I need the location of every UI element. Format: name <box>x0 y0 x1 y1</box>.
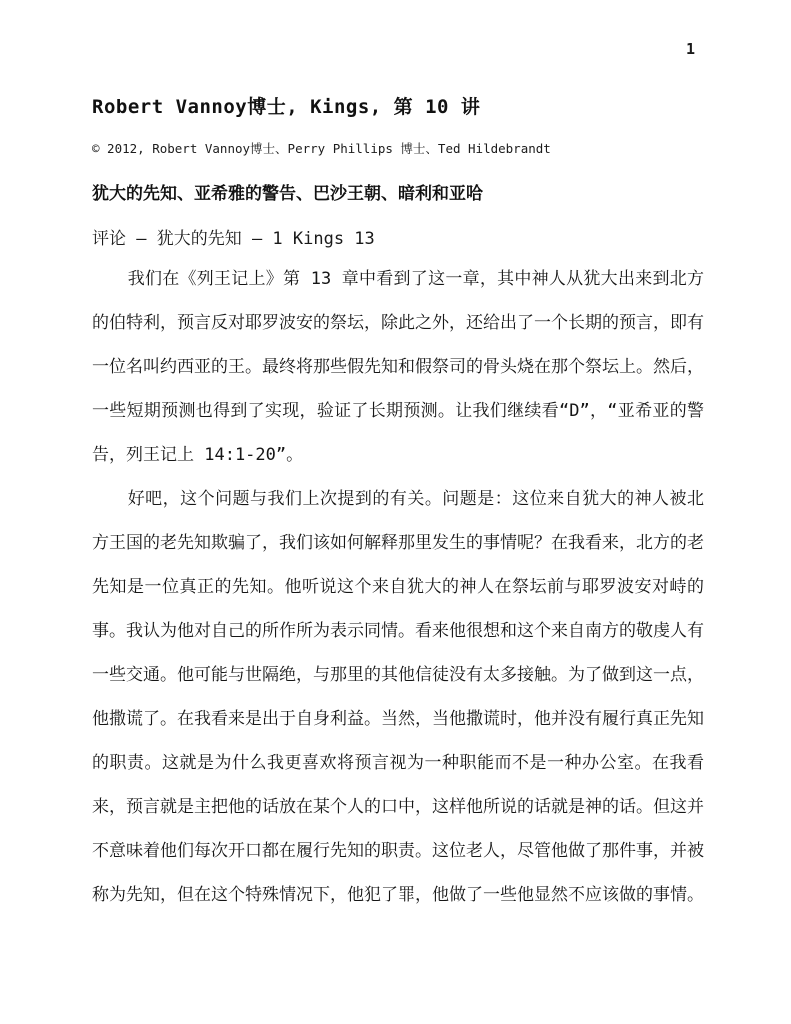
section-subheading: 评论 – 犹大的先知 – 1 Kings 13 <box>92 228 704 250</box>
paragraph-1: 我们在《列王记上》第 13 章中看到了这一章，其中神人从犹大出来到北方的伯特利，… <box>92 257 704 477</box>
copyright-line: © 2012, Robert Vannoy博士、Perry Phillips 博… <box>92 141 704 156</box>
page-content: Robert Vannoy博士, Kings, 第 10 讲 © 2012, R… <box>92 96 704 917</box>
page-number: 1 <box>686 40 695 58</box>
document-title: Robert Vannoy博士, Kings, 第 10 讲 <box>92 96 704 119</box>
document-page: 1 Robert Vannoy博士, Kings, 第 10 讲 © 2012,… <box>0 0 791 1024</box>
body-text: 我们在《列王记上》第 13 章中看到了这一章，其中神人从犹大出来到北方的伯特利，… <box>92 257 704 917</box>
paragraph-2: 好吧，这个问题与我们上次提到的有关。问题是：这位来自犹大的神人被北方王国的老先知… <box>92 477 704 917</box>
section-heading: 犹大的先知、亚希雅的警告、巴沙王朝、暗利和亚哈 <box>92 183 704 205</box>
